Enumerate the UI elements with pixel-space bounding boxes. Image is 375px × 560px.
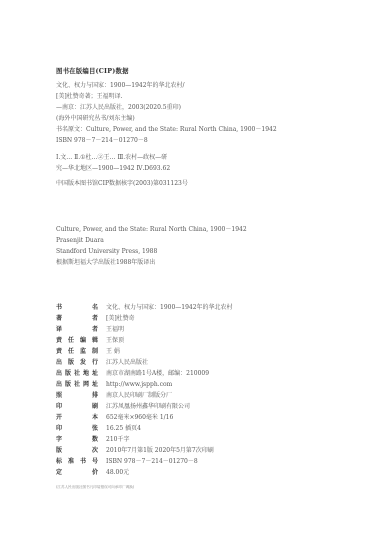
cip-classification: Ⅰ.文… Ⅱ.①杜…②王… Ⅲ.农村—政权—研 究—华北地区—1900—1942… xyxy=(56,152,170,174)
colophon-value: 210千字 xyxy=(106,434,129,445)
original-author: Prasenjit Duara xyxy=(56,235,247,246)
colophon-value: [美]杜赞奇 xyxy=(106,313,135,324)
colophon-row: 定价48.00元 xyxy=(56,467,233,478)
colophon-row: 开本652毫米×960毫米 1/16 xyxy=(56,412,233,423)
colophon-label: 出版社地址 xyxy=(56,368,98,379)
colophon-value: ISBN 978－7－214－01270－8 xyxy=(106,456,198,467)
colophon-value: 江苏凤凰扬州鑫华印刷有限公司 xyxy=(106,401,190,412)
colophon-value: 652毫米×960毫米 1/16 xyxy=(106,412,173,423)
colophon-value: 2010年7月第1版 2020年5月第7次印刷 xyxy=(106,445,214,456)
cip-record-number: 中国版本图书馆CIP数据核字(2003)第031123号 xyxy=(56,178,188,187)
colophon-label: 定价 xyxy=(56,467,98,478)
colophon-value: 王福明 xyxy=(106,324,124,335)
colophon-row: 出版发行江苏人民出版社 xyxy=(56,357,233,368)
colophon-row: 出版社网址http://www.jspph.com xyxy=(56,379,233,390)
cip-line-publisher: —南京：江苏人民出版社，2003(2020.5重印) xyxy=(56,102,277,113)
colophon-label: 责任编辑 xyxy=(56,335,98,346)
colophon-label: 著者 xyxy=(56,313,98,324)
colophon-value: 48.00元 xyxy=(106,467,129,478)
colophon-row: 出版社地址南京市湖南路1号A楼，邮编：210009 xyxy=(56,368,233,379)
colophon-label: 字数 xyxy=(56,434,98,445)
colophon-row: 印刷江苏凤凰扬州鑫华印刷有限公司 xyxy=(56,401,233,412)
colophon-row: 著者[美]杜赞奇 xyxy=(56,313,233,324)
colophon-label: 照排 xyxy=(56,390,98,401)
colophon-value: 江苏人民出版社 xyxy=(106,357,148,368)
cip-heading: 图书在版编目(CIP)数据 xyxy=(56,66,129,75)
original-publisher: Standford University Press, 1988 xyxy=(56,246,247,257)
colophon-label: 印刷 xyxy=(56,401,98,412)
cip-line-isbn: ISBN 978－7－214－01270－8 xyxy=(56,135,277,146)
colophon-value: 南京人民印刷厂制版分厂 xyxy=(106,390,172,401)
cip-line-original-title: 书名原文：Culture, Power, and the State: Rura… xyxy=(56,124,277,135)
colophon-label: 出版社网址 xyxy=(56,379,98,390)
colophon-row: 照排南京人民印刷厂制版分厂 xyxy=(56,390,233,401)
colophon-label: 责任监制 xyxy=(56,346,98,357)
colophon-label: 标准书号 xyxy=(56,456,98,467)
colophon-value: 16.25 插页4 xyxy=(106,423,141,434)
colophon-value: http://www.jspph.com xyxy=(106,379,172,390)
colophon-value: 文化、权力与国家：1900—1942年的华北农村 xyxy=(106,302,233,313)
colophon-row: 责任监制王 娟 xyxy=(56,346,233,357)
cip-record: 文化、权力与国家：1900—1942年的华北农村/ [美]杜赞奇著；王福明译. … xyxy=(56,80,277,146)
classification-line: 究—华北地区—1900—1942 Ⅳ.D693.62 xyxy=(56,163,170,174)
cip-line-title: 文化、权力与国家：1900—1942年的华北农村/ xyxy=(56,80,277,91)
translation-source-note: 根据斯坦福大学出版社1988年版译出 xyxy=(56,257,247,268)
colophon-value: 王 娟 xyxy=(106,346,120,357)
copyright-page: 图书在版编目(CIP)数据 文化、权力与国家：1900—1942年的华北农村/ … xyxy=(0,0,375,560)
classification-line: Ⅰ.文… Ⅱ.①杜…②王… Ⅲ.农村—政权—研 xyxy=(56,152,170,163)
colophon-label: 出版发行 xyxy=(56,357,98,368)
colophon-row: 标准书号ISBN 978－7－214－01270－8 xyxy=(56,456,233,467)
colophon-label: 版次 xyxy=(56,445,98,456)
colophon-row: 书名文化、权力与国家：1900—1942年的华北农村 xyxy=(56,302,233,313)
colophon-row: 版次2010年7月第1版 2020年5月第7次印刷 xyxy=(56,445,233,456)
colophon-row: 责任编辑王保顶 xyxy=(56,335,233,346)
cip-line-series: (海外中国研究丛书/刘东主编) xyxy=(56,113,277,124)
colophon-row: 译者王福明 xyxy=(56,324,233,335)
original-edition-info: Culture, Power, and the State: Rural Nor… xyxy=(56,224,247,268)
footnote: (江苏人民出版社图书凡印装错误可向承印厂调换) xyxy=(56,485,134,490)
colophon-value: 南京市湖南路1号A楼，邮编：210009 xyxy=(106,368,209,379)
colophon-label: 译者 xyxy=(56,324,98,335)
cip-line-author: [美]杜赞奇著；王福明译. xyxy=(56,91,277,102)
original-title: Culture, Power, and the State: Rural Nor… xyxy=(56,224,247,235)
colophon-label: 印张 xyxy=(56,423,98,434)
colophon-label: 书名 xyxy=(56,302,98,313)
colophon-label: 开本 xyxy=(56,412,98,423)
colophon-row: 字数210千字 xyxy=(56,434,233,445)
colophon-table: 书名文化、权力与国家：1900—1942年的华北农村著者[美]杜赞奇译者王福明责… xyxy=(56,302,233,478)
colophon-row: 印张16.25 插页4 xyxy=(56,423,233,434)
colophon-value: 王保顶 xyxy=(106,335,124,346)
